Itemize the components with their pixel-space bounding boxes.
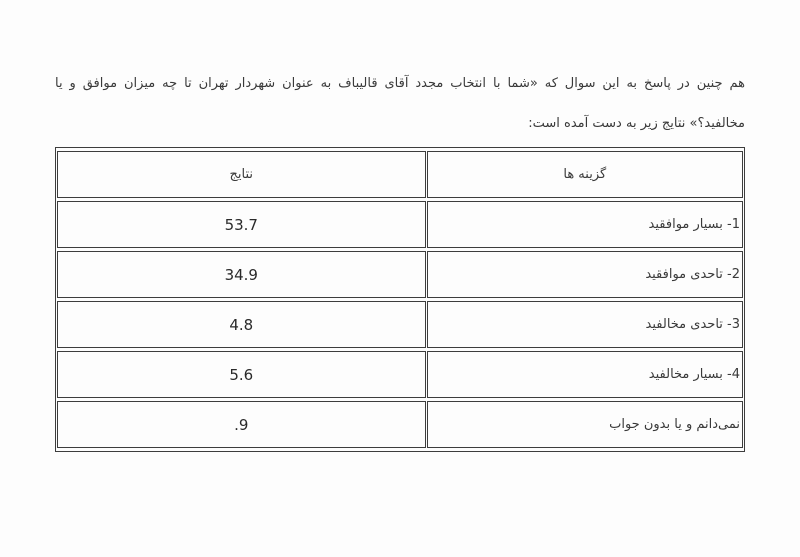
header-cell-options: گزینه ها	[427, 151, 743, 198]
table-row: 1- بسیار موافقید 53.7	[57, 201, 743, 248]
article-page: هم چنین در پاسخ به این سوال که «شما با ا…	[0, 0, 800, 452]
option-cell: 1- بسیار موافقید	[427, 201, 743, 248]
result-cell: 53.7	[57, 201, 426, 248]
header-cell-results: نتایج	[57, 151, 426, 198]
table-row: 3- تاحدی مخالفید 4.8	[57, 301, 743, 348]
result-cell: 5.6	[57, 351, 426, 398]
result-cell: 4.8	[57, 301, 426, 348]
option-cell: 3- تاحدی مخالفید	[427, 301, 743, 348]
intro-line-2: مخالفید؟» نتایج زیر به دست آمده است:	[55, 104, 745, 144]
intro-line-1: هم چنین در پاسخ به این سوال که «شما با ا…	[55, 64, 745, 104]
result-cell: 34.9	[57, 251, 426, 298]
survey-results-table: گزینه ها نتایج 1- بسیار موافقید 53.7 2- …	[55, 147, 745, 452]
table-row: 2- تاحدی موافقید 34.9	[57, 251, 743, 298]
intro-paragraph: هم چنین در پاسخ به این سوال که «شما با ا…	[55, 64, 745, 144]
option-cell: 2- تاحدی موافقید	[427, 251, 743, 298]
result-cell: .9	[57, 401, 426, 448]
table-row: نمی‌دانم و یا بدون جواب .9	[57, 401, 743, 448]
table-header-row: گزینه ها نتایج	[57, 151, 743, 198]
option-cell: نمی‌دانم و یا بدون جواب	[427, 401, 743, 448]
option-cell: 4- بسیار مخالفید	[427, 351, 743, 398]
table-row: 4- بسیار مخالفید 5.6	[57, 351, 743, 398]
